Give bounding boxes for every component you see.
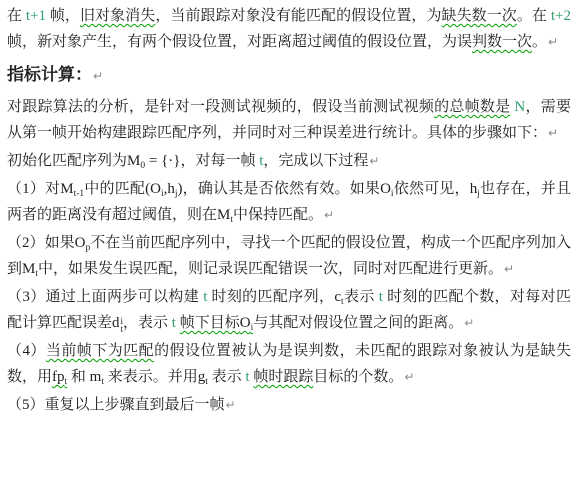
text-run: 。在 bbox=[517, 8, 551, 24]
text-run: 对跟踪算法的分析，是针对一段测试视频的，假设当前测试视频 bbox=[7, 99, 434, 115]
text-run: （1）对 bbox=[7, 181, 60, 197]
document-body[interactable]: 在 t+1 帧，旧对象消失，当前跟踪对象没有能匹配的假设位置，为缺失数一次。在 … bbox=[7, 3, 571, 418]
variable-run: t+2 bbox=[551, 8, 571, 24]
math-run: dit bbox=[112, 315, 123, 331]
spellcheck-flagged-run: 帧时跟踪 bbox=[253, 369, 313, 385]
text-run: 来表示。并用 bbox=[104, 369, 198, 385]
text-run: （5）重复以上步骤直到最后一帧 bbox=[7, 397, 225, 413]
paragraph: （2）如果Op不在当前匹配序列中，寻找一个匹配的假设位置，构成一个匹配序列加入到… bbox=[7, 230, 571, 282]
math-run: Oi bbox=[240, 315, 253, 331]
spellcheck-flagged-run: 帧下目标 bbox=[180, 315, 240, 331]
text-run: 时刻的匹配序列， bbox=[207, 289, 334, 305]
paragraph-mark: ↵ bbox=[503, 262, 514, 276]
paragraph-mark: ↵ bbox=[368, 154, 379, 168]
math-run: Op bbox=[75, 235, 91, 251]
math-run: = {·} bbox=[145, 153, 180, 169]
text-run: ，完成以下过程 bbox=[263, 153, 368, 169]
variable-run: N bbox=[514, 99, 525, 115]
text-run: ，当前跟踪对象没有能匹配的假设位置，为 bbox=[155, 8, 441, 24]
text-run: ，对每一帧 bbox=[180, 153, 259, 169]
math-run: M0 bbox=[127, 153, 145, 169]
paragraph: （5）重复以上步骤直到最后一帧↵ bbox=[7, 392, 571, 418]
paragraph: （1）对Mt-1中的匹配(Oi,hj)，确认其是否依然有效。如果Oi依然可见，h… bbox=[7, 176, 571, 228]
spellcheck-flagged-run: 缺失数一次 bbox=[442, 8, 517, 24]
text-run: ，表示 bbox=[123, 315, 172, 331]
paragraph: 初始化匹配序列为M0 = {·}，对每一帧 t，完成以下过程↵ bbox=[7, 148, 571, 174]
text-run: （3）通过上面两步可以构建 bbox=[7, 289, 203, 305]
math-run: Oi bbox=[150, 181, 163, 197]
text-run: （4） bbox=[7, 343, 46, 359]
text-run: 表示 bbox=[344, 289, 379, 305]
text-run: 指标计算： bbox=[7, 65, 92, 84]
math-run: mt bbox=[90, 369, 104, 385]
spellcheck-flagged-run: 判数一次 bbox=[472, 34, 532, 50]
paragraph-mark: ↵ bbox=[547, 126, 558, 140]
spellcheck-flagged-run: 旧对象消失 bbox=[80, 8, 155, 24]
paragraph-mark: ↵ bbox=[92, 69, 103, 83]
math-run: Mt bbox=[22, 261, 38, 277]
math-run: ct bbox=[334, 289, 343, 305]
paragraph-mark: ↵ bbox=[225, 398, 236, 412]
math-run: Oi bbox=[380, 181, 393, 197]
math-run: fpt bbox=[52, 369, 67, 385]
variable-run: t+1 bbox=[26, 8, 46, 24]
text-run: 中，如果发生误匹配，则记录误匹配错误一次，同时对匹配进行更新。 bbox=[38, 261, 503, 277]
text-run: 帧， bbox=[46, 8, 80, 24]
text-run: 中保持匹配。 bbox=[233, 207, 323, 223]
math-run: gt bbox=[198, 369, 208, 385]
paragraph: 在 t+1 帧，旧对象消失，当前跟踪对象没有能匹配的假设位置，为缺失数一次。在 … bbox=[7, 3, 571, 55]
text-run: 和 bbox=[67, 369, 90, 385]
text-run: 。 bbox=[532, 34, 547, 50]
paragraph: 对跟踪算法的分析，是针对一段测试视频的，假设当前测试视频的总帧数是 N，需要从第… bbox=[7, 94, 571, 146]
text-run: 依然可见， bbox=[394, 181, 470, 197]
paragraph-mark: ↵ bbox=[323, 208, 334, 222]
paragraph: （4）当前帧下为匹配的假设位置被认为是误判数，未匹配的跟踪对象被认为是缺失数，用… bbox=[7, 338, 571, 390]
math-run: hj bbox=[470, 181, 480, 197]
text-run: 中的匹配 bbox=[84, 181, 145, 197]
spellcheck-flagged-run: 当前帧下为匹配 bbox=[46, 343, 154, 359]
math-run: Mt bbox=[217, 207, 233, 223]
text-run: 初始化匹配序列为 bbox=[7, 153, 127, 169]
text-run: 与其配对假设位置之间的距离。 bbox=[253, 315, 463, 331]
paragraph-mark: ↵ bbox=[547, 35, 558, 49]
document-page: 在 t+1 帧，旧对象消失，当前跟踪对象没有能匹配的假设位置，为缺失数一次。在 … bbox=[0, 0, 580, 490]
text-run: ，确认其是否依然有效。如果 bbox=[182, 181, 380, 197]
text-run: 表示 bbox=[208, 369, 246, 385]
section-heading: 指标计算：↵ bbox=[7, 63, 571, 88]
paragraph-mark: ↵ bbox=[463, 316, 474, 330]
math-run: Mt-1 bbox=[60, 181, 84, 197]
text-run: 目标的个数。 bbox=[313, 369, 403, 385]
math-run: hj bbox=[167, 181, 177, 197]
text-run: （2）如果 bbox=[7, 235, 75, 251]
paragraph-mark: ↵ bbox=[403, 370, 414, 384]
spellcheck-flagged-run: 的总帧数是 bbox=[434, 99, 510, 115]
text-run: 在 bbox=[7, 8, 26, 24]
paragraph: （3）通过上面两步可以构建 t 时刻的匹配序列，ct表示 t 时刻的匹配个数，对… bbox=[7, 284, 571, 336]
